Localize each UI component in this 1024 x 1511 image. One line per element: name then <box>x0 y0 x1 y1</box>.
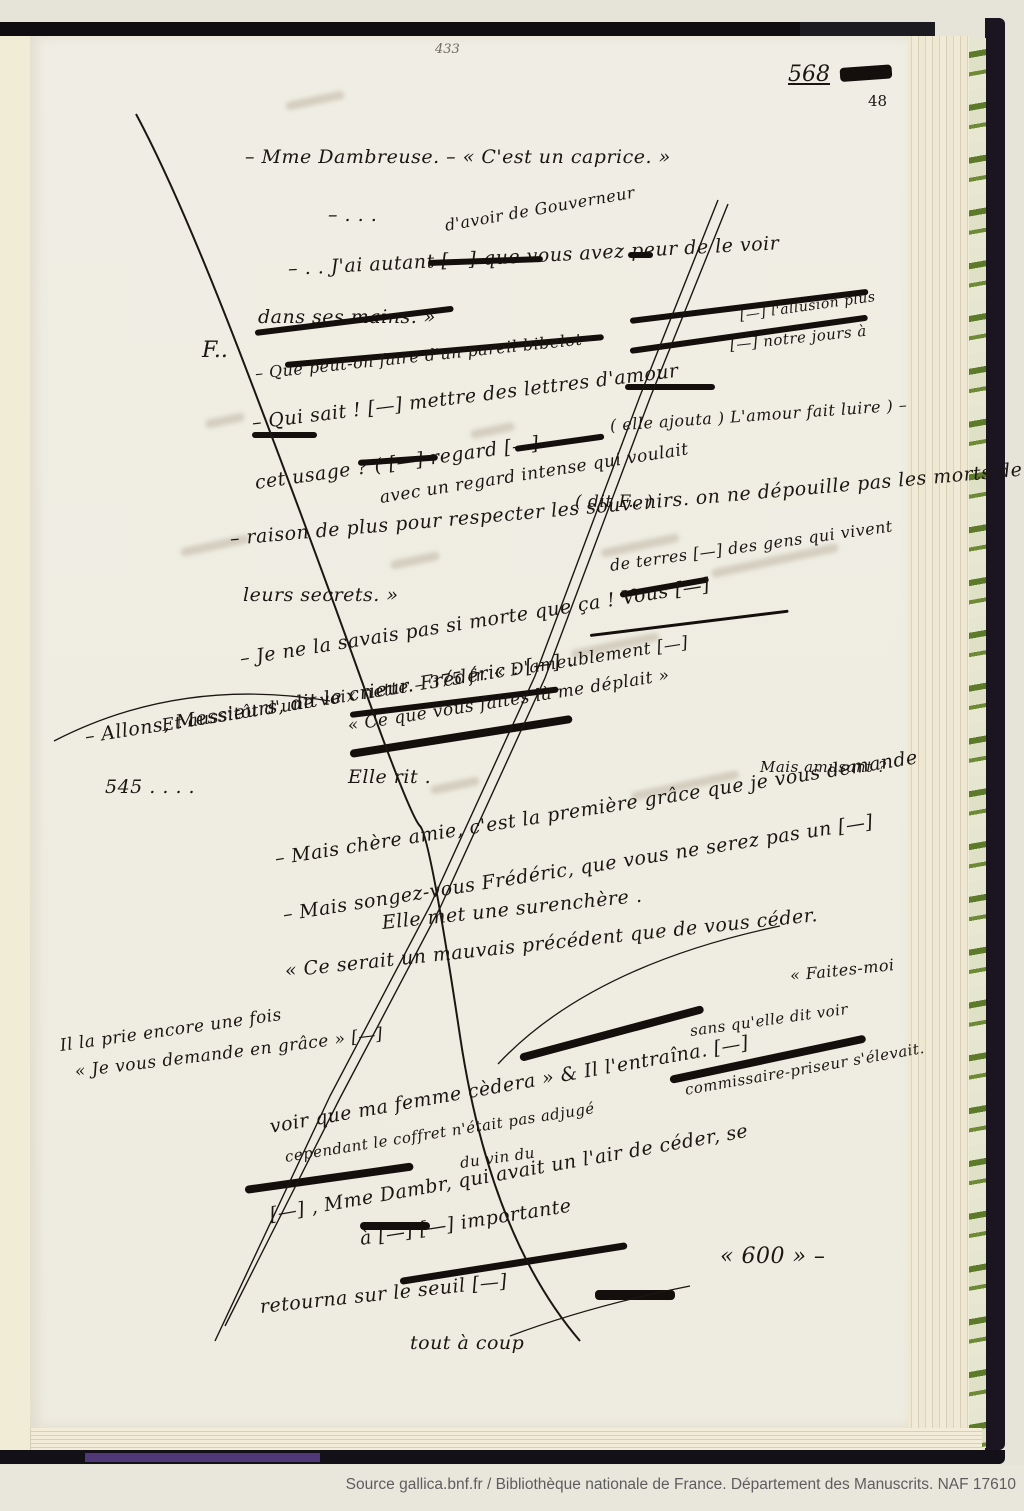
page-stack-right <box>905 36 969 1446</box>
source-credit: Source gallica.bnf.fr / Bibliothèque nat… <box>0 1476 1016 1494</box>
binding-right-edge <box>985 18 1005 1450</box>
spine-label <box>85 1453 320 1462</box>
marbled-endpaper <box>968 38 986 1448</box>
left-leaf-edge <box>0 36 31 1450</box>
binding-top-edge <box>0 22 935 36</box>
manuscript-page: 433 568 48 F.. – Mme Dambreuse. – « C'es… <box>30 36 908 1428</box>
manuscript-scan: 433 568 48 F.. – Mme Dambreuse. – « C'es… <box>0 0 1024 1465</box>
binding-top-edge-right <box>800 22 935 36</box>
cancellation-lines <box>30 36 908 1428</box>
page-stack-bottom <box>22 1428 982 1450</box>
